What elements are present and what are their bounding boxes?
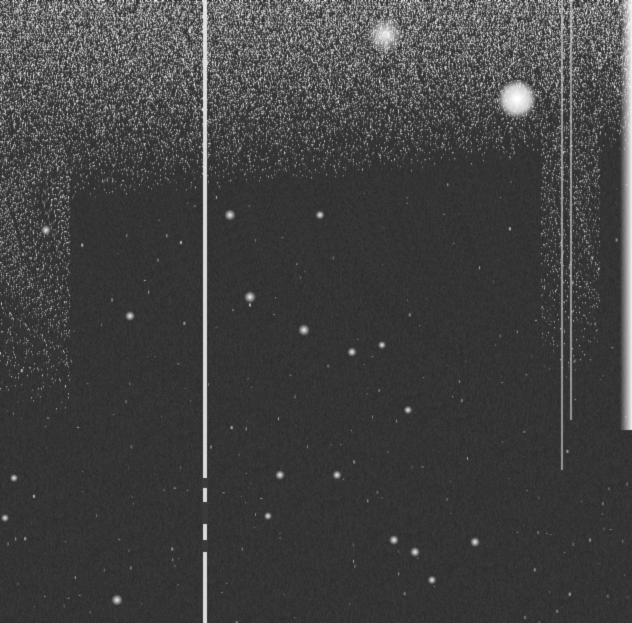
star-field-photo [0, 0, 632, 623]
photo-canvas [0, 0, 632, 623]
